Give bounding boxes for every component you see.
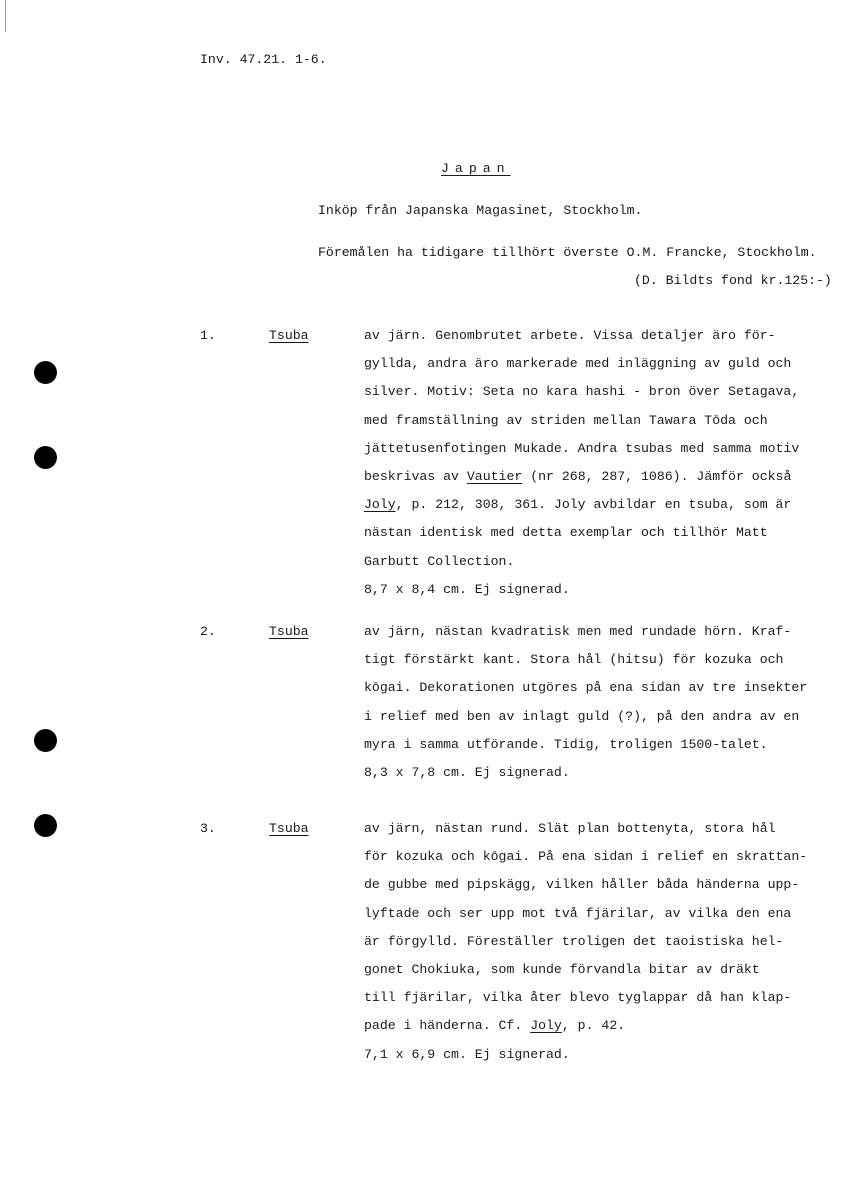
description-line: myra i samma utförande. Tidig, troligen … (364, 731, 807, 759)
description-line: i relief med ben av inlagt guld (?), på … (364, 703, 807, 731)
reference-author: Joly (530, 1018, 562, 1033)
provenance-note: Föremålen ha tidigare tillhört överste O… (318, 245, 817, 260)
description-line: pade i händerna. Cf. Joly, p. 42. (364, 1012, 807, 1040)
page-title: Japan (441, 161, 511, 176)
description-line: 7,1 x 6,9 cm. Ej signerad. (364, 1041, 807, 1069)
description-line: beskrivas av Vautier (nr 268, 287, 1086)… (364, 463, 799, 491)
punch-hole (34, 361, 57, 384)
entry-object-name: Tsuba (269, 618, 309, 646)
description-line: är förgylld. Föreställer troligen det ta… (364, 928, 807, 956)
entry-object-name: Tsuba (269, 815, 309, 843)
description-line: tigt förstärkt kant. Stora hål (hitsu) f… (364, 646, 807, 674)
description-line: gyllda, andra äro markerade med inläggni… (364, 350, 799, 378)
entry-description: av järn. Genombrutet arbete. Vissa detal… (364, 322, 799, 604)
punch-hole (34, 729, 57, 752)
description-line: med framställning av striden mellan Tawa… (364, 407, 799, 435)
description-line: av järn, nästan kvadratisk men med runda… (364, 618, 807, 646)
punch-hole (34, 446, 57, 469)
inventory-number: Inv. 47.21. 1-6. (200, 52, 327, 67)
entry-number: 1. (200, 322, 216, 350)
description-line: av järn. Genombrutet arbete. Vissa detal… (364, 322, 799, 350)
description-line: 8,7 x 8,4 cm. Ej signerad. (364, 576, 799, 604)
description-line: Joly, p. 212, 308, 361. Joly avbildar en… (364, 491, 799, 519)
description-line: 8,3 x 7,8 cm. Ej signerad. (364, 759, 807, 787)
description-line: gonet Chokiuka, som kunde förvandla bita… (364, 956, 807, 984)
description-line: jättetusenfotingen Mukade. Andra tsubas … (364, 435, 799, 463)
description-line: kōgai. Dekorationen utgöres på ena sidan… (364, 674, 807, 702)
description-line: nästan identisk med detta exemplar och t… (364, 519, 799, 547)
page-edge-mark (5, 0, 6, 32)
description-line: de gubbe med pipskägg, vilken håller båd… (364, 871, 807, 899)
entry-description: av järn, nästan kvadratisk men med runda… (364, 618, 807, 787)
fund-note: (D. Bildts fond kr.125:-) (634, 273, 832, 288)
entry-object-name: Tsuba (269, 322, 309, 350)
entry-description: av järn, nästan rund. Slät plan bottenyt… (364, 815, 807, 1069)
purchase-note: Inköp från Japanska Magasinet, Stockholm… (318, 203, 642, 218)
description-line: till fjärilar, vilka åter blevo tyglappa… (364, 984, 807, 1012)
description-line: av järn, nästan rund. Slät plan bottenyt… (364, 815, 807, 843)
entry-number: 3. (200, 815, 216, 843)
punch-hole (34, 814, 57, 837)
description-line: silver. Motiv: Seta no kara hashi - bron… (364, 378, 799, 406)
description-line: Garbutt Collection. (364, 548, 799, 576)
description-line: lyftade och ser upp mot två fjärilar, av… (364, 900, 807, 928)
description-line: för kozuka och kōgai. På ena sidan i rel… (364, 843, 807, 871)
entry-number: 2. (200, 618, 216, 646)
reference-author: Joly (364, 497, 396, 512)
reference-author: Vautier (467, 469, 522, 484)
